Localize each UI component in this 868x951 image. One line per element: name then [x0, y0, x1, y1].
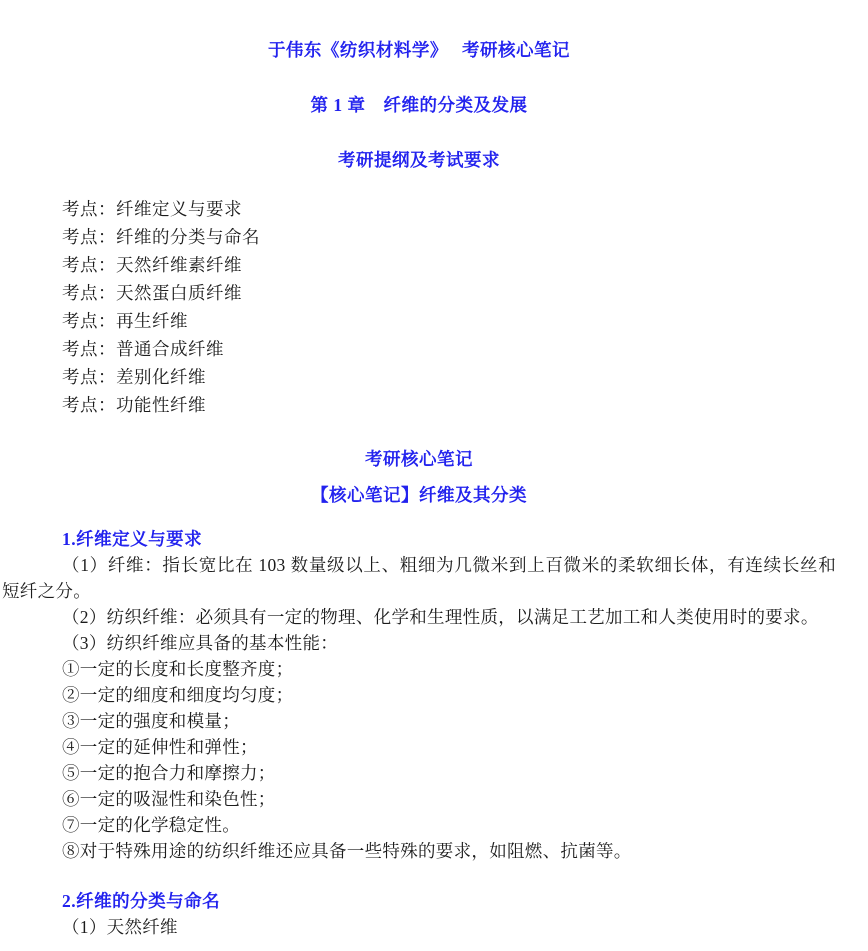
section-heading-1: 1.纤维定义与要求	[2, 526, 836, 552]
paragraph: （2）纺织纤维：必须具有一定的物理、化学和生理性质，以满足工艺加工和人类使用时的…	[2, 604, 836, 630]
section-fiber-definition: 1.纤维定义与要求 （1）纤维：指长宽比在 103 数量级以上、粗细为几微米到上…	[2, 526, 836, 864]
exam-point-item: 考点：天然蛋白质纤维	[2, 279, 836, 307]
requirement-item: ⑧对于特殊用途的纺织纤维还应具备一些特殊的要求，如阻燃、抗菌等。	[2, 838, 836, 864]
exam-points-list: 考点：纤维定义与要求 考点：纤维的分类与命名 考点：天然纤维素纤维 考点：天然蛋…	[2, 195, 836, 419]
paragraph: （1）纤维：指长宽比在 103 数量级以上、粗细为几微米到上百微米的柔软细长体，…	[2, 552, 836, 604]
document-title: 于伟东《纺织材料学》 考研核心笔记	[2, 36, 836, 64]
document-page: 于伟东《纺织材料学》 考研核心笔记 第 1 章 纤维的分类及发展 考研提纲及考试…	[0, 0, 868, 951]
paragraph: （3）纺织纤维应具备的基本性能：	[2, 630, 836, 656]
requirement-item: ③一定的强度和模量；	[2, 708, 836, 734]
exam-point-item: 考点：普通合成纤维	[2, 335, 836, 363]
core-notes-subheading: 【核心笔记】纤维及其分类	[2, 481, 836, 509]
exam-point-item: 考点：天然纤维素纤维	[2, 251, 836, 279]
fiber-requirements-list: ①一定的长度和长度整齐度； ②一定的细度和细度均匀度； ③一定的强度和模量； ④…	[2, 656, 836, 864]
exam-point-item: 考点：功能性纤维	[2, 391, 836, 419]
exam-point-item: 考点：纤维的分类与命名	[2, 223, 836, 251]
requirement-item: ①一定的长度和长度整齐度；	[2, 656, 836, 682]
outline-heading: 考研提纲及考试要求	[2, 146, 836, 174]
requirement-item: ⑤一定的抱合力和摩擦力；	[2, 760, 836, 786]
requirement-item: ⑥一定的吸湿性和染色性；	[2, 786, 836, 812]
core-notes-heading: 考研核心笔记	[2, 445, 836, 473]
exam-point-item: 考点：再生纤维	[2, 307, 836, 335]
exam-point-item: 考点：纤维定义与要求	[2, 195, 836, 223]
requirement-item: ④一定的延伸性和弹性；	[2, 734, 836, 760]
requirement-item: ⑦一定的化学稳定性。	[2, 812, 836, 838]
chapter-title: 第 1 章 纤维的分类及发展	[2, 91, 836, 119]
section-fiber-classification: 2.纤维的分类与命名 （1）天然纤维	[2, 888, 836, 940]
section-heading-2: 2.纤维的分类与命名	[2, 888, 836, 914]
paragraph: （1）天然纤维	[2, 914, 836, 940]
exam-point-item: 考点：差别化纤维	[2, 363, 836, 391]
requirement-item: ②一定的细度和细度均匀度；	[2, 682, 836, 708]
